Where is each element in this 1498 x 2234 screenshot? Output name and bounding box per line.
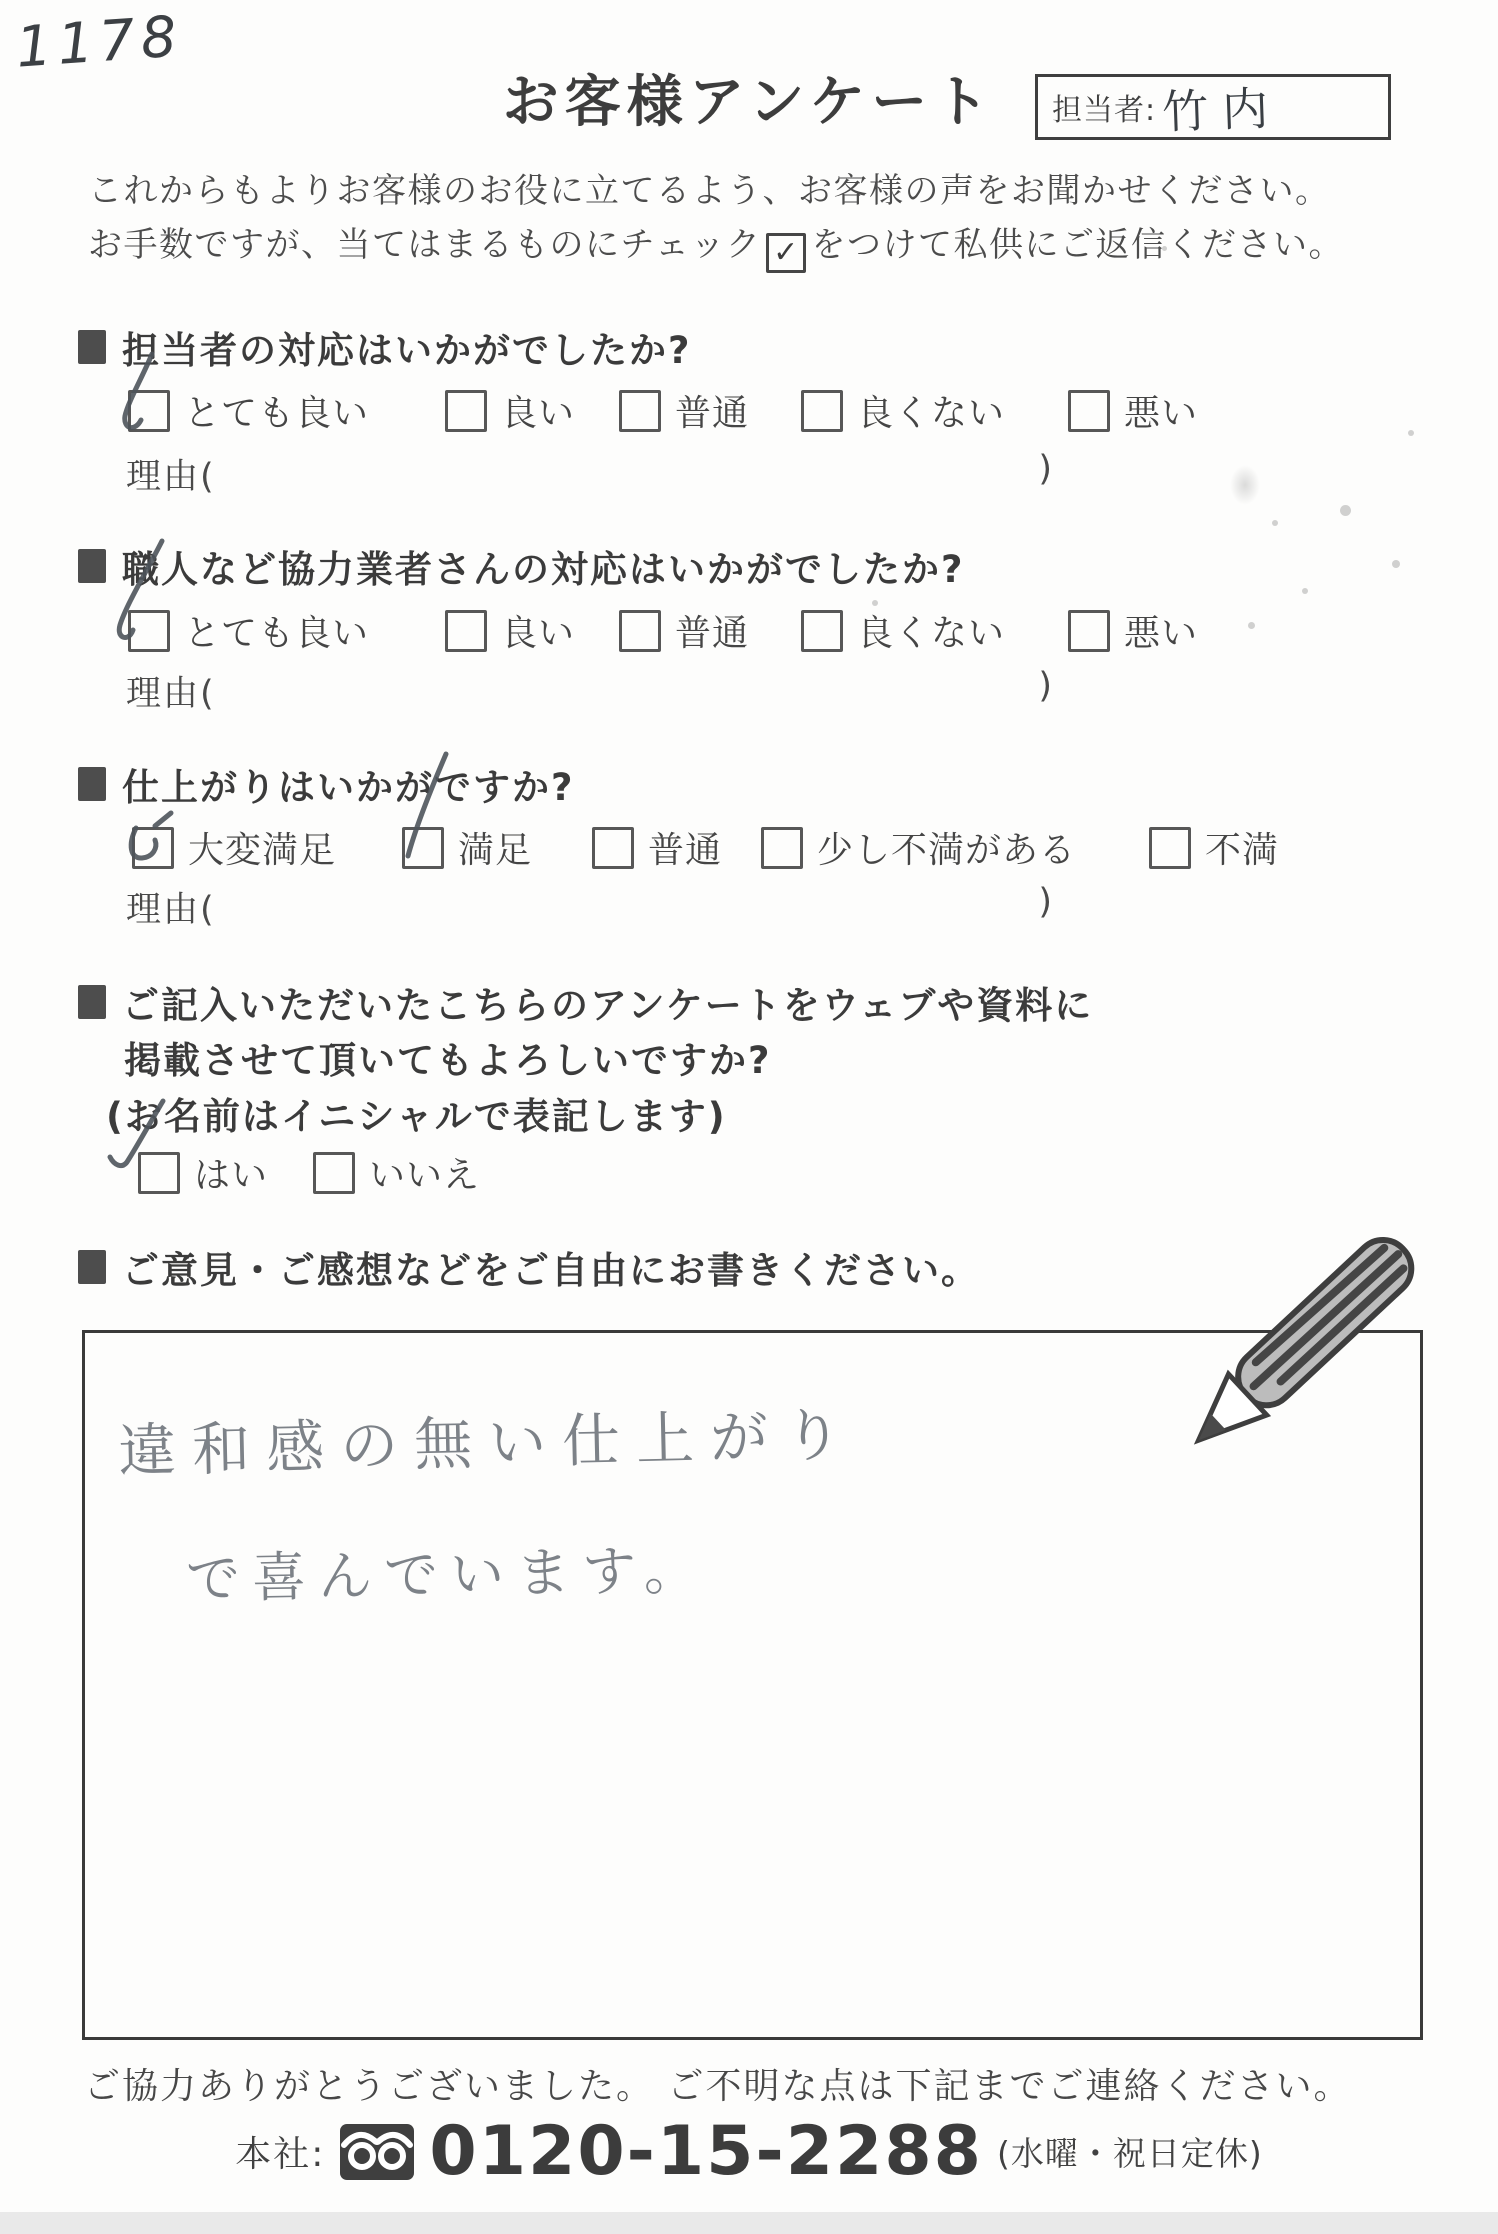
q3-option-1: 大変満足 <box>132 822 336 873</box>
q1-checkbox-3[interactable] <box>619 390 661 432</box>
q2-checkbox-3[interactable] <box>619 610 661 652</box>
question-2-heading-text: 職人など協力業者さんの対応はいかがでしたか? <box>122 539 964 593</box>
q3-checkbox-3[interactable] <box>592 827 634 869</box>
reason-open: 理由( <box>126 449 216 499</box>
question-1-options: とても良い 良い 普通 良くない 悪い <box>0 385 1498 431</box>
scan-smudge <box>1230 465 1260 505</box>
q1-checkbox-4[interactable] <box>801 390 843 432</box>
bullet-square-icon <box>78 985 106 1019</box>
q2-option-5: 悪い <box>1068 605 1198 656</box>
question-2-options: とても良い 良い 普通 良くない 悪い <box>0 605 1498 651</box>
question-1-heading-text: 担当者の対応はいかがでしたか? <box>122 320 691 374</box>
q3-option-3: 普通 <box>592 822 722 873</box>
pencil-icon <box>1145 1225 1435 1495</box>
q3-option-2: 満足 <box>402 822 532 873</box>
question-5-heading-text: ご意見・ご感想などをご自由にお書きください。 <box>122 1240 980 1294</box>
q1-option-4: 良くない <box>801 385 1005 436</box>
question-3-options: 大変満足 満足 普通 少し不満がある 不満 <box>0 822 1498 868</box>
q3-checkbox-4[interactable] <box>761 827 803 869</box>
inline-checkbox-icon: ✓ <box>766 233 806 273</box>
scan-noise <box>1408 430 1414 436</box>
bullet-square-icon <box>78 1250 106 1284</box>
scan-noise <box>1340 505 1351 516</box>
scan-noise <box>872 600 878 606</box>
q1-checkbox-1[interactable] <box>128 390 170 432</box>
footer-thanks: ご協力ありがとうございました。 ご不明な点は下記までご連絡ください。 <box>84 2058 1351 2109</box>
question-2-heading: 職人など協力業者さんの対応はいかがでしたか? <box>78 539 964 593</box>
q2-checkbox-2[interactable] <box>445 610 487 652</box>
q2-option-4: 良くない <box>801 605 1005 656</box>
question-4-heading-line1: ご記入いただいたこちらのアンケートをウェブや資料に <box>78 975 1093 1029</box>
reason-close: ) <box>1038 882 1054 932</box>
phone-number: 0120-15-2288 <box>429 2112 983 2191</box>
q1-option-2: 良い <box>445 385 575 436</box>
intro-line-2-before: お手数ですが、当てはまるものにチェック <box>88 225 761 265</box>
bullet-square-icon <box>78 549 106 583</box>
q3-option-4: 少し不満がある <box>761 822 1076 873</box>
question-5-heading: ご意見・ご感想などをご自由にお書きください。 <box>78 1240 980 1294</box>
q1-option-3: 普通 <box>619 385 749 436</box>
q4-checkbox-yes[interactable] <box>138 1152 180 1194</box>
bullet-square-icon <box>78 330 106 364</box>
q2-option-1: とても良い <box>128 605 369 656</box>
q2-checkbox-1[interactable] <box>128 610 170 652</box>
scan-noise <box>1272 520 1278 526</box>
head-office-label: 本社: <box>235 2126 325 2177</box>
scan-noise <box>1248 622 1255 629</box>
intro-line-2-after: をつけて私供にご返信ください。 <box>811 225 1344 265</box>
staff-label: 担当者: <box>1052 85 1156 129</box>
bullet-square-icon <box>78 767 106 801</box>
question-4-heading-line3: (お名前はイニシャルで表記します) <box>106 1086 727 1140</box>
question-3-heading: 仕上がりはいかがですか? <box>78 757 574 811</box>
q1-checkbox-5[interactable] <box>1068 390 1110 432</box>
q3-checkbox-5[interactable] <box>1149 827 1191 869</box>
scan-noise <box>1392 560 1400 568</box>
q4-option-yes: はい <box>138 1147 268 1198</box>
question-3-heading-text: 仕上がりはいかがですか? <box>122 757 574 811</box>
question-1-heading: 担当者の対応はいかがでしたか? <box>78 320 691 374</box>
question-4-options: はい いいえ <box>0 1147 1498 1193</box>
staff-name-handwritten: 竹内 <box>1161 72 1283 142</box>
reason-open: 理由( <box>126 666 216 716</box>
q3-checkbox-2[interactable] <box>402 827 444 869</box>
comment-handwriting-line-2: で喜んでいます。 <box>185 1527 710 1613</box>
scan-noise <box>1302 588 1308 594</box>
question-4-heading-text-1: ご記入いただいたこちらのアンケートをウェブや資料に <box>122 975 1093 1029</box>
q2-checkbox-5[interactable] <box>1068 610 1110 652</box>
question-4-heading-text-3: (お名前はイニシャルで表記します) <box>106 1086 727 1140</box>
question-1-reason[interactable]: 理由( ) <box>126 449 1054 499</box>
q1-option-5: 悪い <box>1068 385 1198 436</box>
intro-line-1: これからもよりお客様のお役に立てるよう、お客様の声をお聞かせください。 <box>88 163 1331 212</box>
question-2-reason[interactable]: 理由( ) <box>126 666 1054 716</box>
q4-option-no: いいえ <box>313 1147 480 1198</box>
q3-checkbox-1[interactable] <box>132 827 174 869</box>
closed-days: (水曜・祝日定休) <box>997 2128 1263 2175</box>
phone-row: 本社: 0120-15-2288 (水曜・祝日定休) <box>0 2112 1498 2191</box>
survey-form-page: 1178 お客様アンケート 担当者: 竹内 これからもよりお客様のお役に立てるよ… <box>0 0 1498 2234</box>
freedial-icon <box>339 2121 415 2183</box>
intro-line-2: お手数ですが、当てはまるものにチェック✓をつけて私供にご返信ください。 <box>88 217 1344 273</box>
reason-close: ) <box>1038 666 1054 716</box>
q2-checkbox-4[interactable] <box>801 610 843 652</box>
question-4-heading-line2: 掲載させて頂いてもよろしいですか? <box>124 1030 771 1084</box>
staff-box: 担当者: 竹内 <box>1035 74 1391 140</box>
q1-checkbox-2[interactable] <box>445 390 487 432</box>
q1-option-1: とても良い <box>128 385 369 436</box>
scan-noise <box>1162 246 1167 251</box>
reason-open: 理由( <box>126 882 216 932</box>
scan-edge <box>0 2212 1498 2234</box>
q2-option-3: 普通 <box>619 605 749 656</box>
question-4-heading-text-2: 掲載させて頂いてもよろしいですか? <box>124 1030 771 1084</box>
question-3-reason[interactable]: 理由( ) <box>126 882 1054 932</box>
reason-close: ) <box>1038 449 1054 499</box>
q4-checkbox-no[interactable] <box>313 1152 355 1194</box>
comment-handwriting-line-1: 違和感の無い仕上がり <box>117 1388 859 1489</box>
q2-option-2: 良い <box>445 605 575 656</box>
q3-option-5: 不満 <box>1149 822 1279 873</box>
